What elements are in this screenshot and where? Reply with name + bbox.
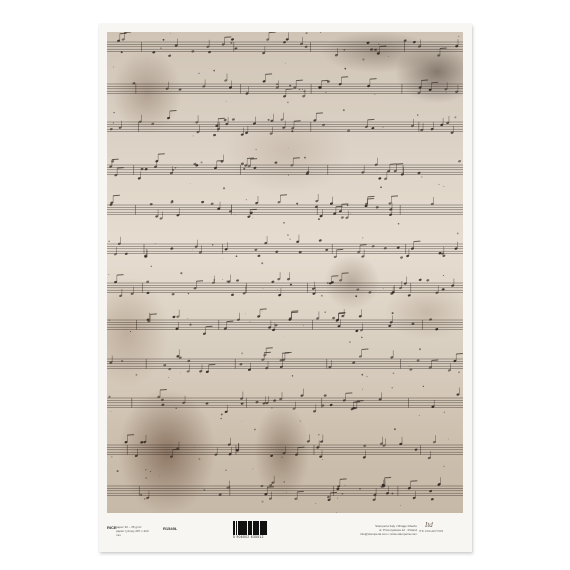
company-info: Stamperia Italy / Mirage Diseño ul. Prze… [357, 524, 417, 536]
spec-line: papier ryżowy 297 x 420 mm [116, 529, 154, 537]
music-staff [107, 235, 463, 259]
music-staff [107, 194, 463, 220]
music-staff [107, 272, 463, 297]
barcode [233, 521, 267, 535]
rice-paper-sheet: RICE paper 30 – 35 g/m² papier ryżowy 29… [99, 24, 472, 552]
music-staff [107, 154, 463, 181]
sheet-music-artwork [107, 32, 463, 513]
music-staff [107, 434, 463, 459]
music-staff [107, 476, 463, 502]
company-line: info@stamperia.com / www.stamperia.com [357, 532, 417, 536]
music-staff [107, 111, 463, 137]
music-staff [107, 348, 463, 374]
brand-logo-subtitle: ITD COLLECTION [419, 530, 443, 533]
product-code: R1549L [163, 526, 177, 531]
music-staff [107, 73, 463, 97]
brand-logo: Itd [425, 521, 433, 529]
ean-number: 5 906502 635512 [233, 535, 264, 539]
sheet-footer: RICE paper 30 – 35 g/m² papier ryżowy 29… [107, 519, 463, 547]
music-staves [107, 32, 463, 513]
paper-spec: paper 30 – 35 g/m² papier ryżowy 297 x 4… [116, 525, 154, 537]
barcode-bar [266, 521, 267, 535]
music-staff [107, 32, 463, 57]
music-staff [107, 388, 463, 414]
music-staff [107, 309, 463, 335]
